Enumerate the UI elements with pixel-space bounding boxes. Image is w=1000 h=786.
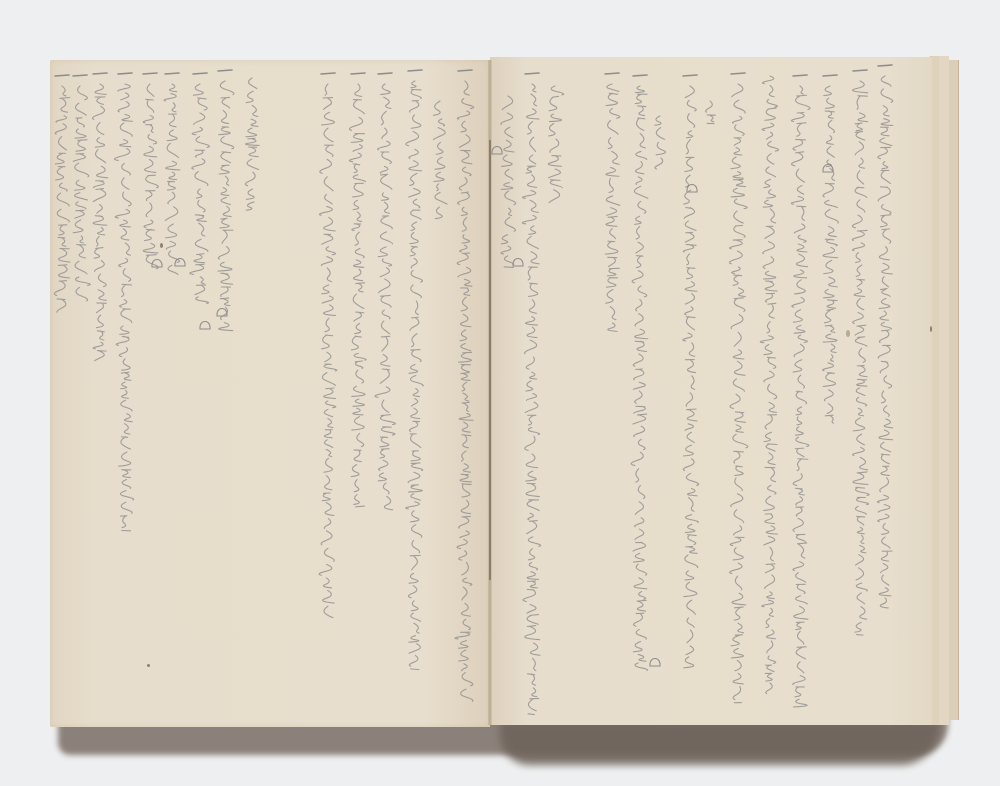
column-marker-dash — [165, 73, 179, 74]
circle-punctuation-mark — [513, 259, 523, 267]
column-marker-dash — [118, 73, 132, 74]
handwritten-column — [631, 86, 648, 672]
handwritten-column — [683, 86, 699, 671]
handwritten-column — [115, 84, 134, 531]
column-marker-dash — [683, 75, 697, 76]
circle-punctuation-mark — [175, 259, 185, 267]
circle-punctuation-mark — [217, 309, 227, 317]
handwritten-column — [760, 76, 778, 696]
column-marker-dash — [351, 73, 365, 74]
circle-punctuation-mark — [200, 322, 210, 330]
handwritten-column — [245, 78, 259, 212]
handwritten-column — [433, 101, 447, 222]
circle-punctuation-mark — [650, 659, 660, 667]
handwritten-column — [823, 86, 839, 425]
column-marker-dash — [853, 70, 867, 71]
handwritten-column — [655, 116, 666, 172]
handwritten-column — [791, 86, 810, 709]
handwritten-column — [375, 84, 395, 513]
column-marker-dash — [378, 73, 392, 74]
handwritten-column — [852, 81, 869, 635]
handwritten-column — [706, 101, 716, 124]
handwritten-column — [190, 84, 209, 305]
circle-punctuation-mark — [823, 165, 833, 173]
column-marker-dash — [793, 75, 807, 76]
handwritten-column — [349, 84, 366, 507]
handwritten-column — [455, 81, 474, 704]
column-marker-dash — [218, 70, 232, 71]
handwritten-column — [143, 84, 158, 272]
handwritten-column — [218, 81, 234, 333]
handwritten-column — [73, 86, 90, 304]
column-marker-dash — [408, 70, 422, 71]
handwritten-column — [164, 84, 180, 277]
column-marker-dash — [93, 73, 107, 74]
column-marker-dash — [731, 73, 745, 74]
column-marker-dash — [823, 75, 837, 76]
handwritten-column — [877, 76, 892, 610]
column-marker-dash — [458, 70, 472, 71]
column-marker-dash — [143, 73, 157, 74]
handwritten-column — [501, 96, 516, 267]
column-marker-dash — [605, 73, 619, 74]
column-marker-dash — [321, 73, 335, 74]
handwritten-column — [522, 84, 540, 715]
handwritten-column — [54, 86, 70, 316]
column-marker-dash — [633, 75, 647, 76]
handwritten-column — [729, 84, 747, 703]
handwritten-column — [548, 86, 563, 206]
handwritten-column — [406, 81, 423, 670]
column-marker-dash — [878, 65, 892, 66]
handwriting-layer — [0, 0, 1000, 786]
column-marker-dash — [55, 75, 69, 76]
column-marker-dash — [525, 73, 539, 74]
column-marker-dash — [73, 75, 87, 76]
circle-punctuation-mark — [492, 147, 502, 155]
handwritten-column — [92, 84, 107, 363]
handwritten-column — [605, 84, 620, 333]
column-marker-dash — [193, 73, 207, 74]
handwritten-column — [319, 84, 337, 620]
